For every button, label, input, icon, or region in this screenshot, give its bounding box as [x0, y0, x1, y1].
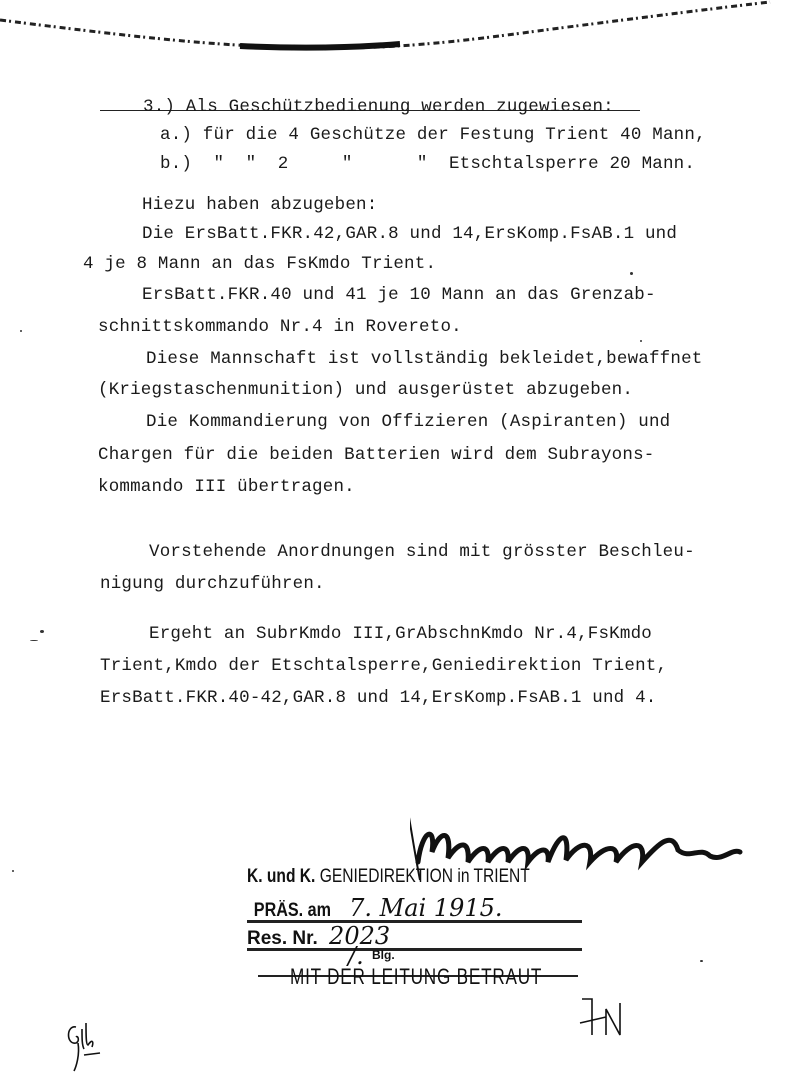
text-line: Vorstehende Anordnungen sind mit grösste…: [149, 542, 695, 562]
text-line: ErsBatt.FKR.40-42,GAR.8 und 14,ErsKomp.F…: [100, 688, 657, 708]
text-line: Ergeht an SubrKmdo III,GrAbschnKmdo Nr.4…: [149, 624, 652, 644]
stamp-pras-line: PRÄS. am 7. Mai 1915.: [247, 894, 503, 922]
stamp-rule: [247, 948, 582, 951]
text-line: schnittskommando Nr.4 in Rovereto.: [98, 317, 462, 337]
scan-speck: [700, 960, 703, 962]
text-line: kommando III übertragen.: [98, 477, 355, 497]
allocation-b: b.) " " 2 " " Etschtalsperre 20 Mann.: [160, 154, 695, 174]
text-line: (Kriegstaschenmunition) und ausgerüstet …: [98, 380, 633, 400]
initials-right: [576, 995, 636, 1045]
allocation-a: a.) für die 4 Geschütze der Festung Trie…: [160, 125, 706, 145]
blg-label: Blg.: [372, 948, 395, 962]
scan-speck: [640, 340, 642, 342]
text-line: Trient,Kmdo der Etschtalsperre,Geniedire…: [100, 656, 667, 676]
scan-speck: [20, 330, 22, 332]
scan-edge-artifact: [0, 0, 800, 70]
scan-speck: [630, 272, 633, 275]
stamp-res-line: Res. Nr. 2023: [247, 922, 390, 950]
text-line: nigung durchzuführen.: [100, 574, 325, 594]
text-line: Die ErsBatt.FKR.42,GAR.8 und 14,ErsKomp.…: [142, 224, 677, 244]
text-line: ErsBatt.FKR.40 und 41 je 10 Mann an das …: [142, 285, 656, 305]
text-line: Diese Mannschaft ist vollständig bekleid…: [146, 349, 703, 369]
scan-speck: [40, 630, 44, 633]
section-heading: 3.) Als Geschützbedienung werden zugewie…: [143, 97, 614, 117]
text-line: 4 je 8 Mann an das FsKmdo Trient.: [83, 254, 436, 274]
stamp-entrusted: MIT DER LEITUNG BETRAUT: [290, 964, 542, 990]
stamp-header: K. und K. GENIEDIREKTION in TRIENT: [247, 866, 530, 888]
text-line: Die Kommandierung von Offizieren (Aspira…: [146, 412, 670, 432]
document-page: 3.) Als Geschützbedienung werden zugewie…: [0, 0, 800, 1091]
scan-speck: [30, 640, 38, 641]
text-line: Hiezu haben abzugeben:: [142, 195, 377, 215]
scan-speck: [12, 870, 14, 872]
initials-left: [62, 1015, 102, 1075]
pras-date: 7. Mai 1915.: [349, 894, 502, 922]
text-line: Chargen für die beiden Batterien wird de…: [98, 445, 655, 465]
